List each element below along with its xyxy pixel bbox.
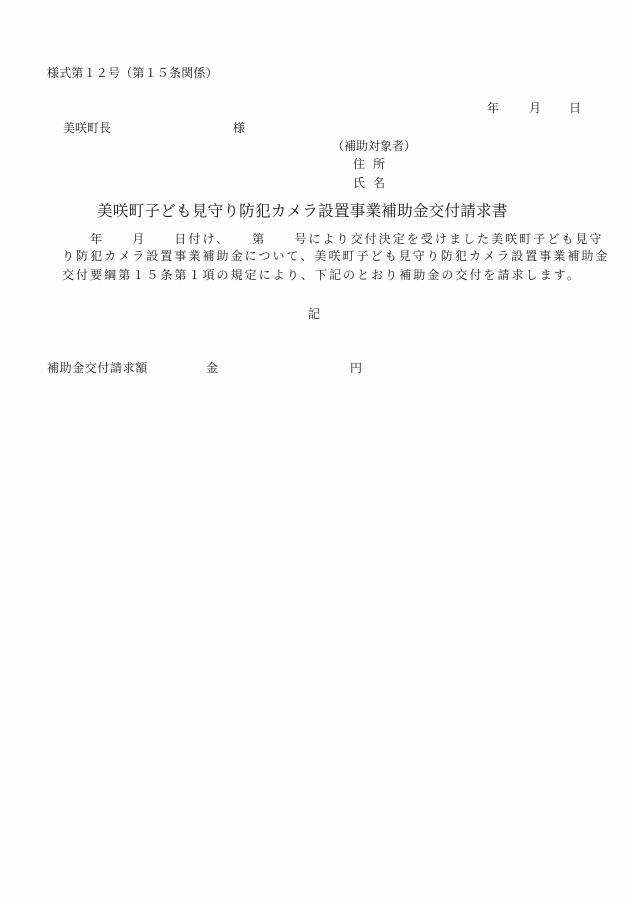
name-label: 氏名	[353, 176, 393, 190]
addressee-honorific: 様	[233, 121, 245, 135]
date-year-label: 年	[487, 101, 499, 115]
body-text-line: り防犯カメラ設置事業補助金について、美咲町子ども見守り防犯カメラ設置事業補助金	[62, 249, 609, 263]
amount-prefix: 金	[206, 361, 218, 375]
form-number: 様式第１２号（第１５条関係）	[47, 66, 218, 80]
body-text-line: 交付要綱第１５条第１項の規定により、下記のとおり補助金の交付を請求します。	[62, 268, 581, 282]
addressee-name: 美咲町長	[63, 121, 111, 135]
body-text-line: 年 月 日付け、 第 号により交付決定を受けました美咲町子ども見守	[62, 232, 603, 246]
address-label: 住所	[353, 157, 393, 171]
amount-row: 補助金交付請求額 金 円	[47, 361, 387, 375]
ki-heading: 記	[308, 307, 320, 321]
amount-label: 補助金交付請求額	[47, 361, 148, 375]
applicant-heading: （補助対象者）	[332, 139, 416, 153]
amount-unit: 円	[350, 361, 362, 375]
date-day-label: 日	[569, 101, 581, 115]
date-month-label: 月	[529, 101, 541, 115]
document-title: 美咲町子ども見守り防犯カメラ設置事業補助金交付請求書	[97, 202, 508, 220]
